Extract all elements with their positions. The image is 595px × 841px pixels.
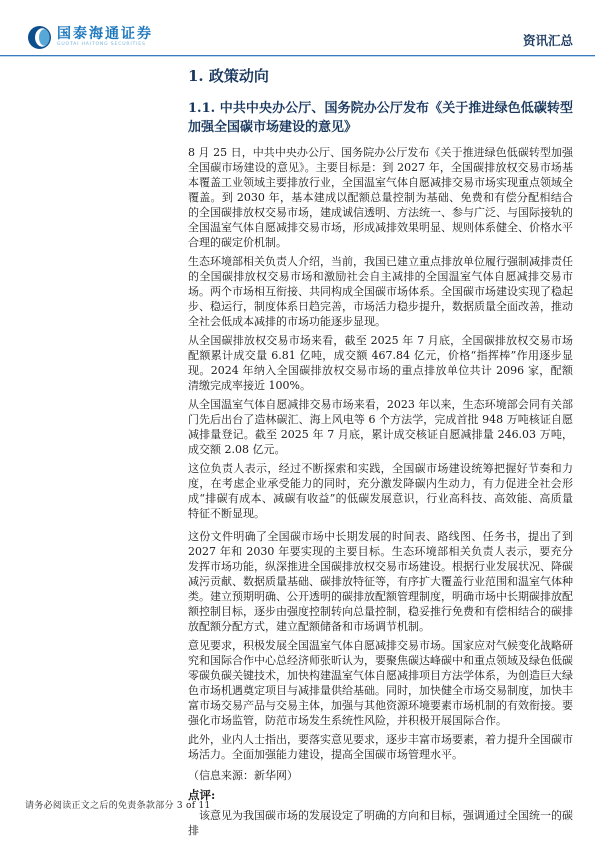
section-title: 1. 政策动向 [188,66,573,87]
company-name-en: GUOTAI HAITONG SECURITIES [57,43,153,48]
header-divider [0,55,595,57]
body-paragraph: 意见要求，积极发展全国温室气体自愿减排交易市场。国家应对气候变化战略研究和国际合… [188,638,573,728]
subsection-title: 1.1. 中共中央办公厅、国务院办公厅发布《关于推进绿色低碳转型加强全国碳市场建… [188,99,573,137]
page-footer: 请务必阅读正文之后的免责条款部分3 of 11 [25,798,214,811]
report-category-label: 资讯汇总 [523,31,573,49]
body-paragraph: 这份文件明确了全国碳市场中长期发展的时间表、路线图、任务书，提出了到 2027 … [188,529,573,634]
footer-disclaimer: 请务必阅读正文之后的免责条款部分 [25,801,174,811]
company-logo-text: 国泰海通证券 GUOTAI HAITONG SECURITIES [57,27,153,48]
company-logo: 国泰海通证券 GUOTAI HAITONG SECURITIES [28,26,153,49]
page-header: 国泰海通证券 GUOTAI HAITONG SECURITIES 资讯汇总 [0,0,595,57]
company-name: 国泰海通证券 [57,27,153,41]
source-line: （信息来源：新华网） [188,768,573,783]
report-body: 1. 政策动向 1.1. 中共中央办公厅、国务院办公厅发布《关于推进绿色低碳转型… [188,66,573,838]
body-paragraph: 8 月 25 日，中共中央办公厅、国务院办公厅发布《关于推进绿色低碳转型加强全国… [188,145,573,250]
page-number: 3 of 11 [177,801,211,811]
report-page: 国泰海通证券 GUOTAI HAITONG SECURITIES 资讯汇总 1.… [0,0,595,841]
body-paragraph: 从全国温室气体自愿减排交易市场来看，2023 年以来，生态环境部会同有关部门先后… [188,397,573,457]
body-paragraph: 从全国碳排放权交易市场来看，截至 2025 年 7 月底，全国碳排放权交易市场配… [188,333,573,393]
body-paragraph: 此外，业内人士指出，要落实意见要求，逐步丰富市场要素，着力提升全国碳市场活力。全… [188,732,573,762]
comment-label: 点评: [188,788,573,803]
comment-paragraph: 该意见为我国碳市场的发展设定了明确的方向和目标，强调通过全国统一的碳排 [188,808,573,838]
logo-globe-icon [28,26,51,49]
body-paragraph: 生态环境部相关负责人介绍，当前，我国已建立重点排放单位履行强制减排责任的全国碳排… [188,254,573,329]
body-paragraph: 这位负责人表示，经过不断探索和实践，全国碳市场建设统筹把握好节奏和力度，在考虑企… [188,461,573,521]
